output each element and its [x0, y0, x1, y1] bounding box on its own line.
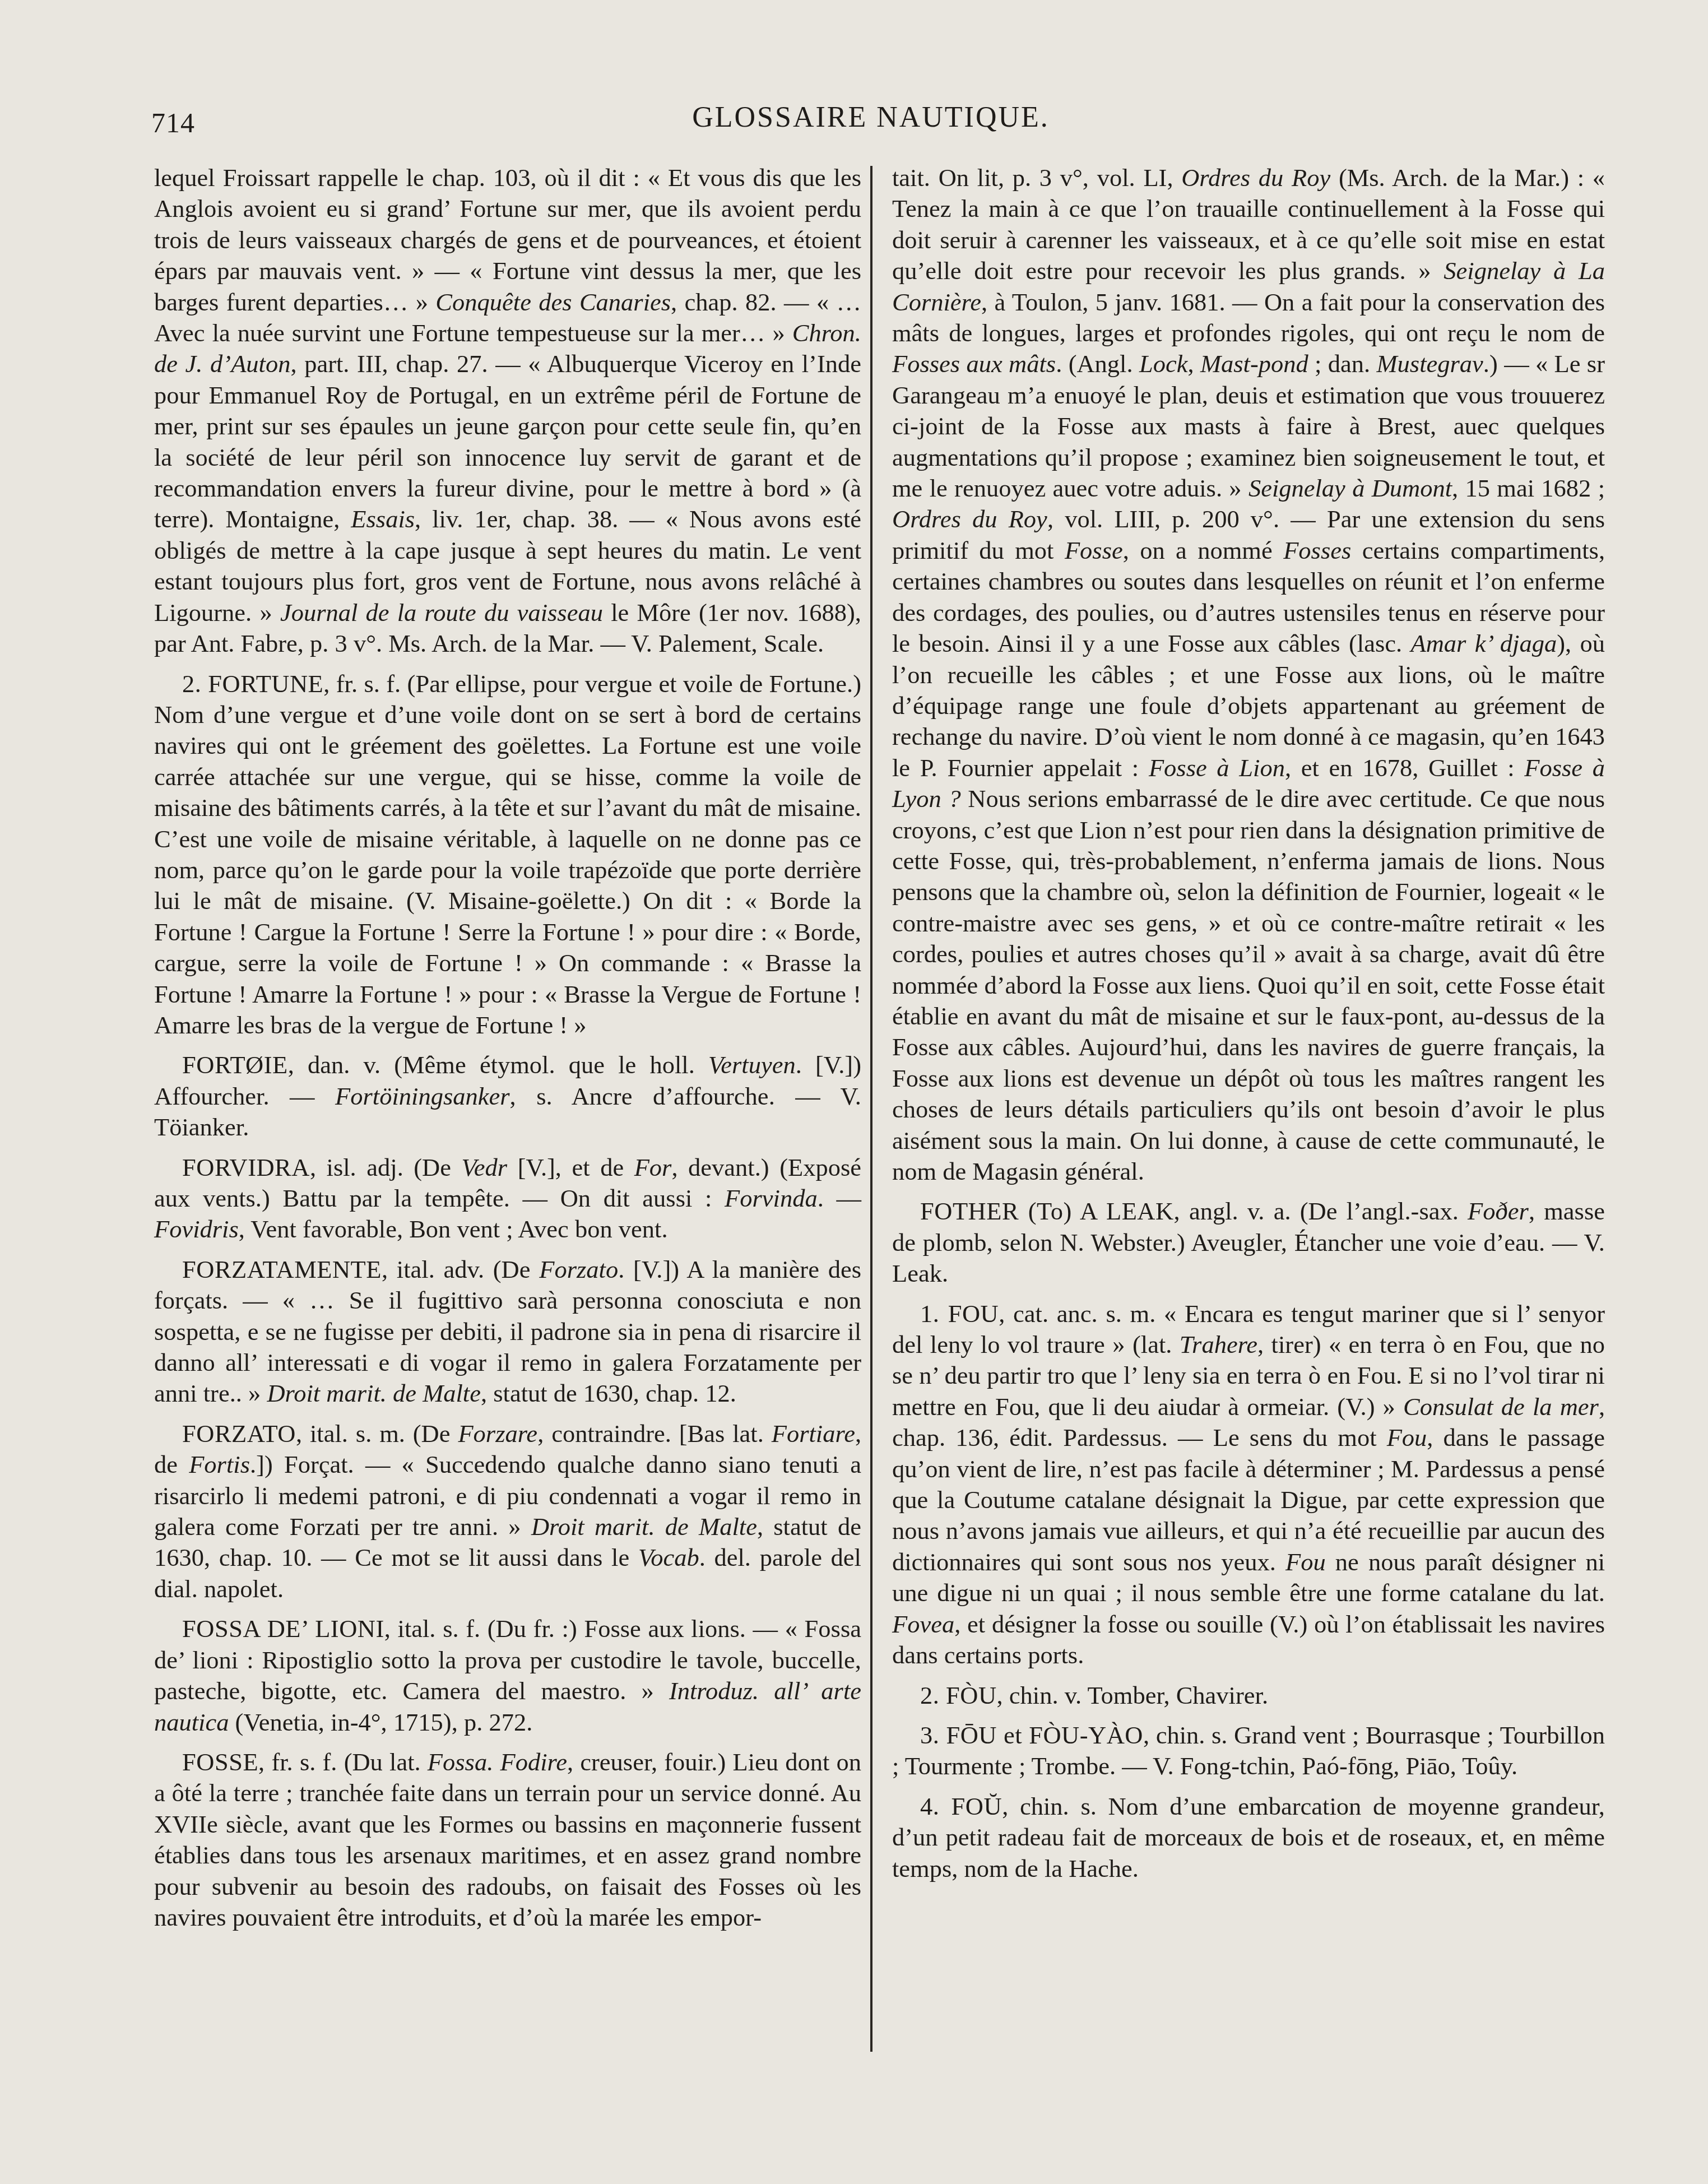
entry-fou-1: 1. FOU, cat. anc. s. m. « Encara es teng… [892, 1299, 1605, 1671]
entry-forzato: FORZATO, ital. s. m. (De Forzare, contra… [154, 1418, 861, 1605]
headword: FOSSA DE’ LIONI [182, 1615, 384, 1643]
headword: 1. FOU [920, 1300, 999, 1328]
headword: FORVIDRA [182, 1153, 310, 1181]
left-column: lequel Froissart rappelle le chap. 103, … [154, 163, 861, 1933]
right-column: tait. On lit, p. 3 v°, vol. LI, Ordres d… [892, 163, 1605, 1884]
column-divider [870, 166, 872, 2052]
entry-forvidra: FORVIDRA, isl. adj. (De Vedr [V.], et de… [154, 1152, 861, 1245]
entry-fosse: FOSSE, fr. s. f. (Du lat. Fossa. Fodire,… [154, 1747, 861, 1933]
continuation-paragraph: lequel Froissart rappelle le chap. 103, … [154, 163, 861, 660]
headword: FOSSE [182, 1748, 258, 1776]
headword: FORTØIE [182, 1051, 288, 1079]
headword: FORZATAMENTE [182, 1255, 382, 1283]
entry-fou-4: 4. FOŬ, chin. s. Nom d’une embarcation d… [892, 1791, 1605, 1884]
entry-forzatamente: FORZATAMENTE, ital. adv. (De Forzato. [V… [154, 1254, 861, 1409]
entry-fou-3: 3. FŌU et FÒU-YÀO, chin. s. Grand vent ;… [892, 1720, 1605, 1782]
running-head: GLOSSAIRE NAUTIQUE. [0, 101, 1708, 134]
entry-fortune: 2. FORTUNE, fr. s. f. (Par ellipse, pour… [154, 669, 861, 1041]
headword: FOTHER (To) A LEAK [920, 1197, 1174, 1225]
entry-fortoie: FORTØIE, dan. v. (Même étymol. que le ho… [154, 1050, 861, 1143]
headword: 3. FŌU et FÒU-YÀO [920, 1721, 1143, 1749]
entry-fou-2: 2. FÒU, chin. v. Tomber, Chavirer. [892, 1680, 1605, 1711]
headword: 4. FOŬ [920, 1792, 1002, 1820]
headword: FORZATO [182, 1420, 296, 1448]
headword: 2. FÒU [920, 1681, 997, 1709]
continuation-paragraph: tait. On lit, p. 3 v°, vol. LI, Ordres d… [892, 163, 1605, 1187]
entry-fossa-de-lioni: FOSSA DE’ LIONI, ital. s. f. (Du fr. :) … [154, 1613, 861, 1738]
entry-fother-a-leak: FOTHER (To) A LEAK, angl. v. a. (De l’an… [892, 1196, 1605, 1289]
headword: 2. FORTUNE [182, 670, 323, 698]
